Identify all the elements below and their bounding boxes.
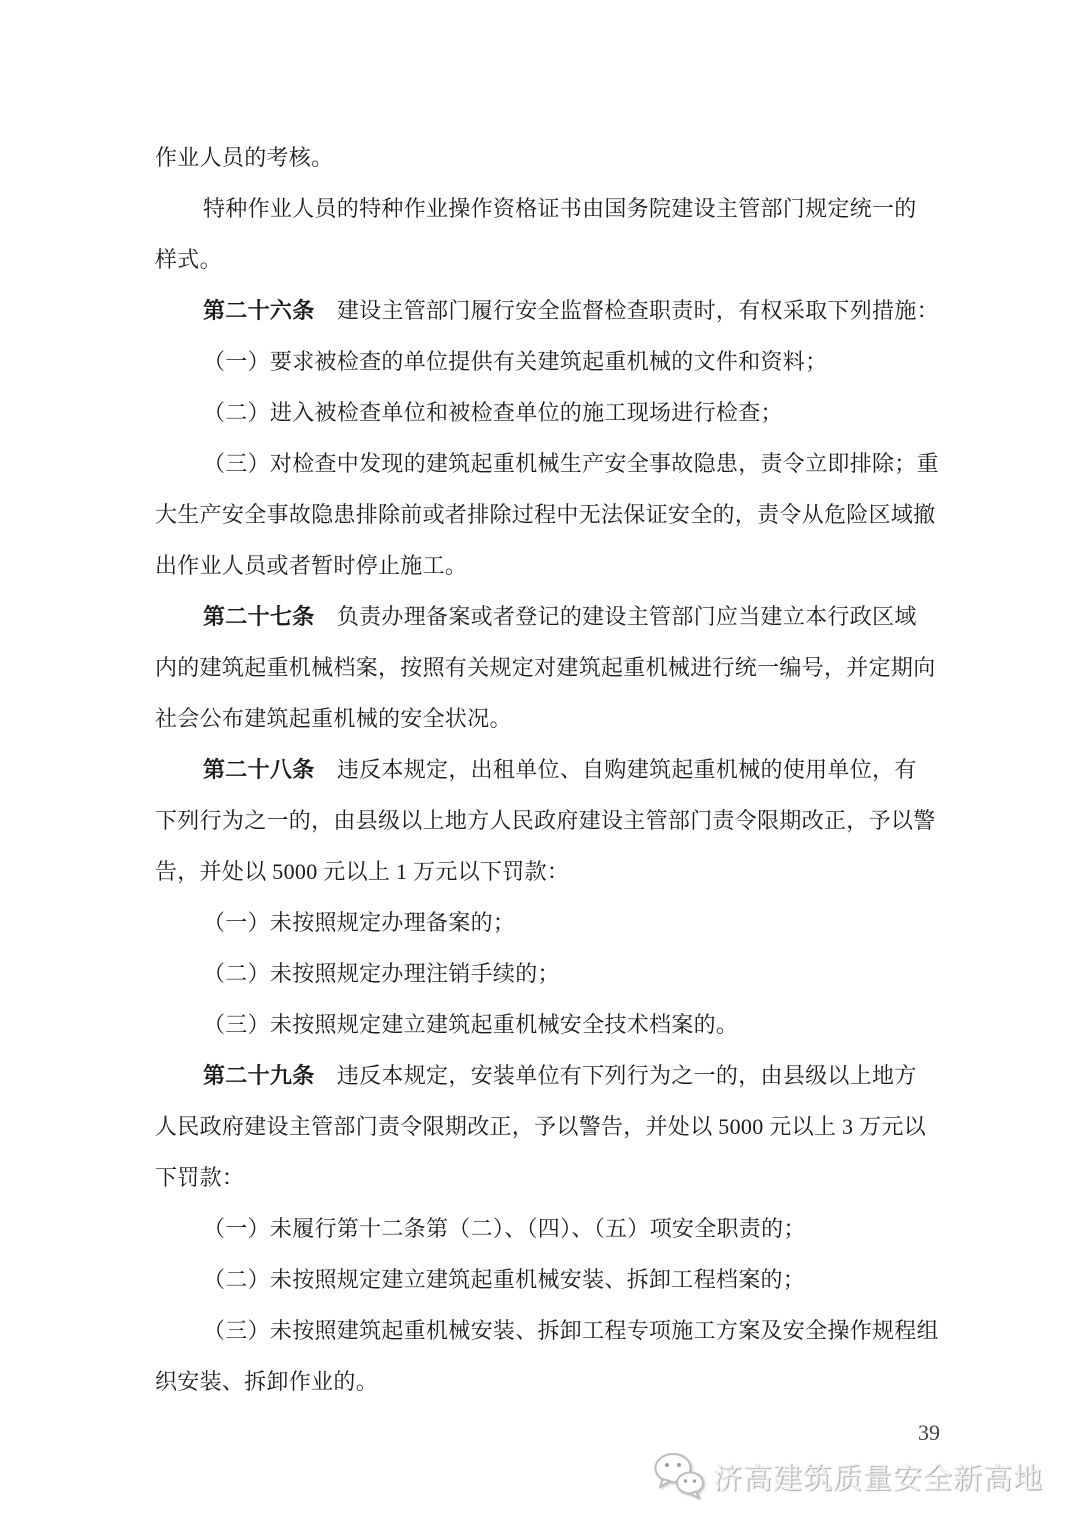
line-text: （二）进入被检查单位和被检查单位的施工现场进行检查； — [203, 400, 783, 425]
line-text: 作业人员的考核。 — [155, 145, 333, 170]
document-line: 第二十八条 违反本规定，出租单位、自购建筑起重机械的使用单位，有 — [155, 744, 927, 795]
line-text: 下列行为之一的，由县级以上地方人民政府建设主管部门责令限期改正，予以警 — [155, 808, 936, 833]
document-line: 社会公布建筑起重机械的安全状况。 — [155, 693, 927, 744]
article-number: 第二十七条 — [203, 604, 315, 629]
article-number: 第二十六条 — [203, 298, 315, 323]
document-line: （三）未按照建筑起重机械安装、拆卸工程专项施工方案及安全操作规程组 — [155, 1305, 927, 1356]
line-text: 织安装、拆卸作业的。 — [155, 1369, 378, 1394]
line-text: 特种作业人员的特种作业操作资格证书由国务院建设主管部门规定统一的 — [203, 196, 917, 221]
document-line: （一）要求被检查的单位提供有关建筑起重机械的文件和资料； — [155, 336, 927, 387]
line-text: （一）未按照规定办理备案的； — [203, 910, 515, 935]
document-line: 第二十九条 违反本规定，安装单位有下列行为之一的，由县级以上地方 — [155, 1050, 927, 1101]
article-number: 第二十八条 — [203, 757, 315, 782]
document-line: （一）未按照规定办理备案的； — [155, 897, 927, 948]
document-line: （二）未按照规定办理注销手续的； — [155, 948, 927, 999]
line-text: 违反本规定，出租单位、自购建筑起重机械的使用单位，有 — [315, 757, 917, 782]
document-line: 内的建筑起重机械档案，按照有关规定对建筑起重机械进行统一编号，并定期向 — [155, 642, 927, 693]
watermark-text: 济高建筑质量安全新高地 — [713, 1456, 1043, 1497]
line-text: 社会公布建筑起重机械的安全状况。 — [155, 706, 512, 731]
line-text: 负责办理备案或者登记的建设主管部门应当建立本行政区域 — [315, 604, 917, 629]
document-line: 织安装、拆卸作业的。 — [155, 1356, 927, 1407]
line-text: 样式。 — [155, 247, 222, 272]
document-line: （三）对检查中发现的建筑起重机械生产安全事故隐患，责令立即排除；重 — [155, 438, 927, 489]
document-line: 下罚款： — [155, 1152, 927, 1203]
document-line: 第二十七条 负责办理备案或者登记的建设主管部门应当建立本行政区域 — [155, 591, 927, 642]
line-text: 违反本规定，安装单位有下列行为之一的，由县级以上地方 — [315, 1063, 917, 1088]
document-line: 人民政府建设主管部门责令限期改正，予以警告，并处以 5000 元以上 3 万元以 — [155, 1101, 927, 1152]
line-text: （一）未履行第十二条第（二）、（四）、（五）项安全职责的； — [203, 1216, 806, 1241]
watermark: 济高建筑质量安全新高地 — [653, 1452, 1043, 1500]
page-number: 39 — [918, 1420, 940, 1446]
document-line: （三）未按照规定建立建筑起重机械安全技术档案的。 — [155, 999, 927, 1050]
line-text: （二）未按照规定办理注销手续的； — [203, 961, 560, 986]
document-line: 特种作业人员的特种作业操作资格证书由国务院建设主管部门规定统一的 — [155, 183, 927, 234]
line-text: 内的建筑起重机械档案，按照有关规定对建筑起重机械进行统一编号，并定期向 — [155, 655, 936, 680]
line-text: 出作业人员或者暂时停止施工。 — [155, 553, 467, 578]
document-line: 样式。 — [155, 234, 927, 285]
document-line: （二）未按照规定建立建筑起重机械安装、拆卸工程档案的； — [155, 1254, 927, 1305]
document-line: （一）未履行第十二条第（二）、（四）、（五）项安全职责的； — [155, 1203, 927, 1254]
line-text: （三）未按照规定建立建筑起重机械安全技术档案的。 — [203, 1012, 738, 1037]
line-text: （一）要求被检查的单位提供有关建筑起重机械的文件和资料； — [203, 349, 827, 374]
document-line: 作业人员的考核。 — [155, 132, 927, 183]
line-text: 人民政府建设主管部门责令限期改正，予以警告，并处以 5000 元以上 3 万元以 — [155, 1114, 926, 1139]
line-text: （二）未按照规定建立建筑起重机械安装、拆卸工程档案的； — [203, 1267, 805, 1292]
line-text: 大生产安全事故隐患排除前或者排除过程中无法保证安全的，责令从危险区域撤 — [155, 502, 936, 527]
article-number: 第二十九条 — [203, 1063, 315, 1088]
line-text: 建设主管部门履行安全监督检查职责时，有权采取下列措施： — [315, 298, 939, 323]
document-line: 大生产安全事故隐患排除前或者排除过程中无法保证安全的，责令从危险区域撤 — [155, 489, 927, 540]
line-text: 下罚款： — [155, 1165, 244, 1190]
line-text: （三）未按照建筑起重机械安装、拆卸工程专项施工方案及安全操作规程组 — [203, 1318, 939, 1343]
document-page: 作业人员的考核。 特种作业人员的特种作业操作资格证书由国务院建设主管部门规定统一… — [0, 0, 1080, 1527]
line-text: 告，并处以 5000 元以上 1 万元以下罚款： — [155, 859, 569, 884]
document-line: 告，并处以 5000 元以上 1 万元以下罚款： — [155, 846, 927, 897]
document-line: 下列行为之一的，由县级以上地方人民政府建设主管部门责令限期改正，予以警 — [155, 795, 927, 846]
wechat-icon — [653, 1452, 705, 1500]
line-text: （三）对检查中发现的建筑起重机械生产安全事故隐患，责令立即排除；重 — [203, 451, 939, 476]
document-body: 作业人员的考核。 特种作业人员的特种作业操作资格证书由国务院建设主管部门规定统一… — [155, 132, 927, 1407]
document-line: 第二十六条 建设主管部门履行安全监督检查职责时，有权采取下列措施： — [155, 285, 927, 336]
document-line: 出作业人员或者暂时停止施工。 — [155, 540, 927, 591]
document-line: （二）进入被检查单位和被检查单位的施工现场进行检查； — [155, 387, 927, 438]
